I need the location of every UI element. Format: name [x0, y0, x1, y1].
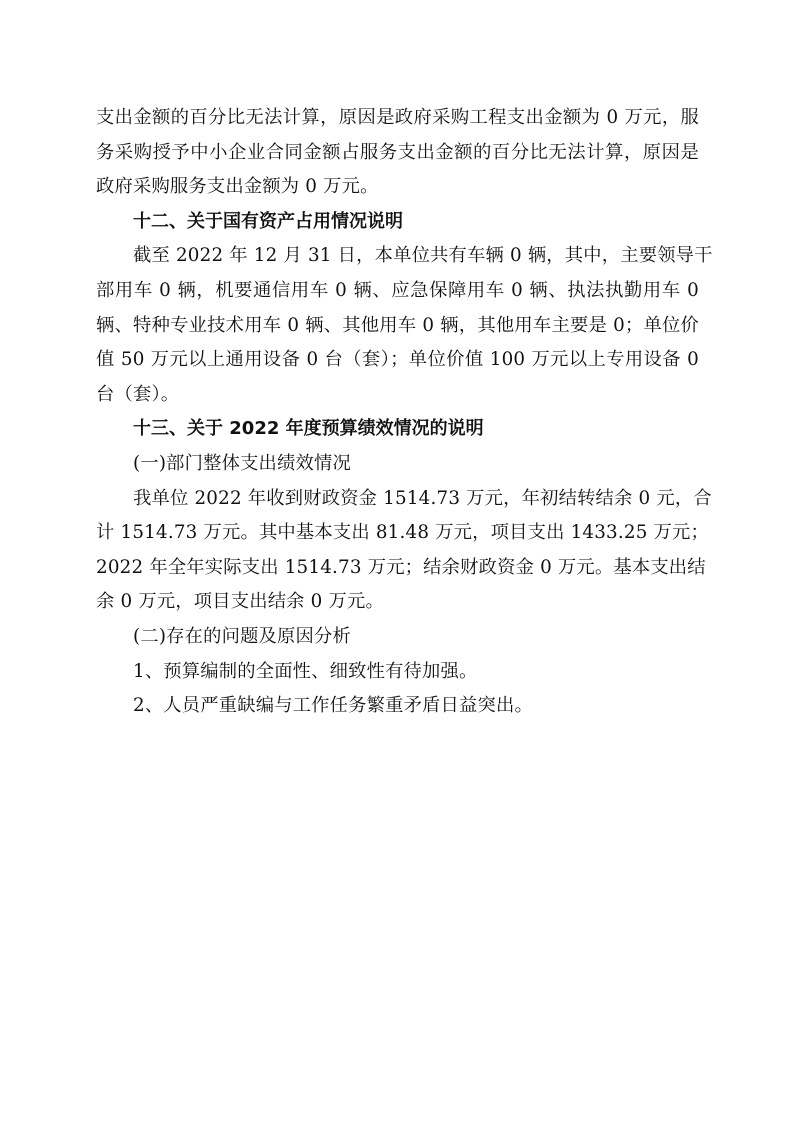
- list-item: 1、预算编制的全面性、细致性有待加强。: [96, 655, 699, 690]
- paragraph-line: 支出金额的百分比无法计算，原因是政府采购工程支出金额为 0 万元，服: [96, 101, 699, 136]
- paragraph-line: 截至 2022 年 12 月 31 日，本单位共有车辆 0 辆，其中，主要领导干: [96, 239, 699, 274]
- subsection-title: (二)存在的问题及原因分析: [96, 620, 699, 655]
- paragraph-line: 务采购授予中小企业合同金额占服务支出金额的百分比无法计算，原因是: [96, 136, 699, 171]
- section-heading: 十三、关于 2022 年度预算绩效情况的说明: [96, 412, 699, 447]
- paragraph-line: 余 0 万元，项目支出结余 0 万元。: [96, 585, 699, 620]
- section-12: 十二、关于国有资产占用情况说明 截至 2022 年 12 月 31 日，本单位共…: [96, 205, 699, 413]
- paragraph-line: 政府采购服务支出金额为 0 万元。: [96, 170, 699, 205]
- document-page: 支出金额的百分比无法计算，原因是政府采购工程支出金额为 0 万元，服 务采购授予…: [96, 101, 699, 724]
- continuation-paragraph: 支出金额的百分比无法计算，原因是政府采购工程支出金额为 0 万元，服 务采购授予…: [96, 101, 699, 205]
- subsection-title: (一)部门整体支出绩效情况: [96, 447, 699, 482]
- subsection-1: (一)部门整体支出绩效情况 我单位 2022 年收到财政资金 1514.73 万…: [96, 447, 699, 620]
- paragraph-line: 部用车 0 辆，机要通信用车 0 辆、应急保障用车 0 辆、执法执勤用车 0: [96, 274, 699, 309]
- list-item: 2、人员严重缺编与工作任务繁重矛盾日益突出。: [96, 689, 699, 724]
- paragraph-line: 台（套）。: [96, 378, 699, 413]
- paragraph-line: 计 1514.73 万元。其中基本支出 81.48 万元，项目支出 1433.2…: [96, 516, 699, 551]
- paragraph-line: 我单位 2022 年收到财政资金 1514.73 万元，年初结转结余 0 元，合: [96, 482, 699, 517]
- paragraph-line: 值 50 万元以上通用设备 0 台（套）；单位价值 100 万元以上专用设备 0: [96, 343, 699, 378]
- section-heading: 十二、关于国有资产占用情况说明: [96, 205, 699, 240]
- subsection-2: (二)存在的问题及原因分析 1、预算编制的全面性、细致性有待加强。 2、人员严重…: [96, 620, 699, 724]
- paragraph-line: 辆、特种专业技术用车 0 辆、其他用车 0 辆，其他用车主要是 0；单位价: [96, 309, 699, 344]
- section-13: 十三、关于 2022 年度预算绩效情况的说明 (一)部门整体支出绩效情况 我单位…: [96, 412, 699, 723]
- paragraph-line: 2022 年全年实际支出 1514.73 万元；结余财政资金 0 万元。基本支出…: [96, 551, 699, 586]
